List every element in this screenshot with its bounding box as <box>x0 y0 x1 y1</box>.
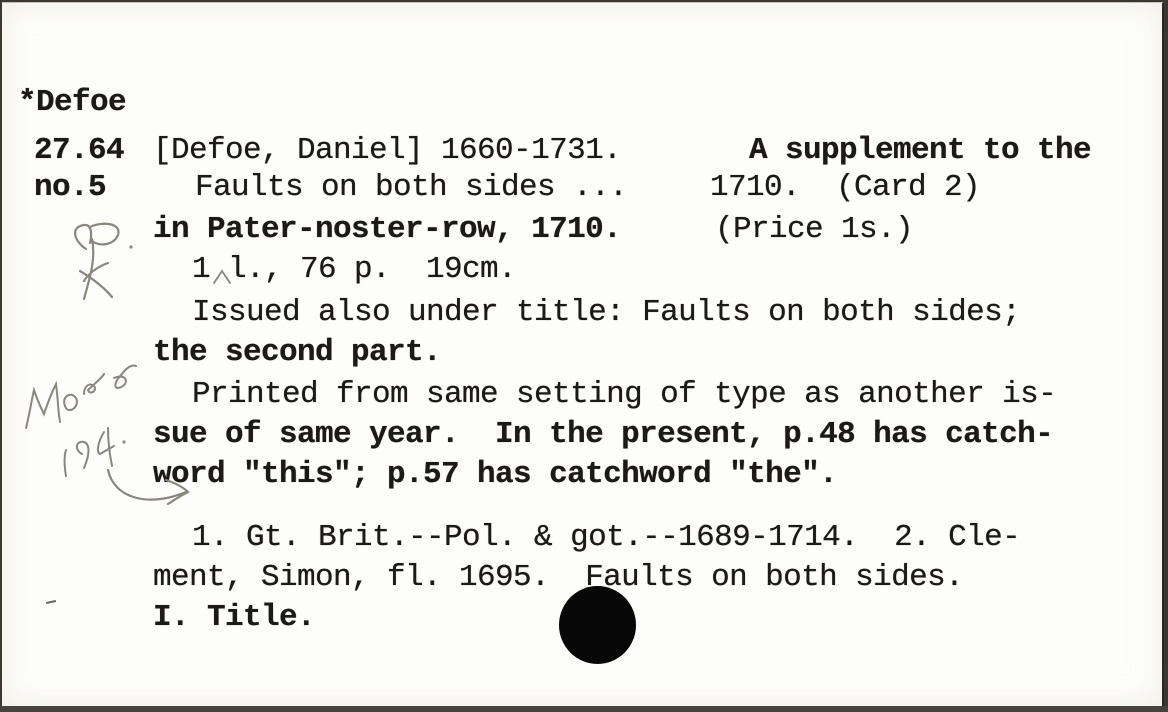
note-printed-line-3: word "this"; p.57 has catchword "the". <box>153 455 837 495</box>
call-number-line-2: no.5 <box>34 168 106 208</box>
stray-pencil-mark <box>46 600 56 604</box>
title-part-2: Faults on both sides ... <box>195 168 627 208</box>
date-and-card-number: 1710. (Card 2) <box>710 168 980 208</box>
imprint: in Pater-noster-row, 1710. <box>153 210 621 250</box>
main-entry-heading: *Defoe <box>18 83 126 123</box>
note-printed-line-1: Printed from same setting of type as ano… <box>192 375 1056 415</box>
tracings-line-3: I. Title. <box>153 598 315 638</box>
price: (Price 1s.) <box>715 210 913 250</box>
title-part-1: A supplement to the <box>749 131 1091 171</box>
catalog-card: *Defoe 27.64 no.5 [Defoe, Daniel] 1660-1… <box>2 2 1164 706</box>
call-number-line-1: 27.64 <box>34 131 124 171</box>
punch-hole <box>559 586 636 664</box>
pencil-initial-mark-icon <box>62 219 142 309</box>
collation: 1 l., 76 p. 19cm. <box>192 250 516 290</box>
punch-hole-edge <box>584 587 596 593</box>
tracings-line-1: 1. Gt. Brit.--Pol. & got.--1689-1714. 2.… <box>192 518 1020 558</box>
tracings-line-2: ment, Simon, fl. 1695. Faults on both si… <box>153 558 963 598</box>
author-entry: [Defoe, Daniel] 1660-1731. <box>153 131 621 171</box>
scan-bottom-edge <box>0 706 1168 712</box>
note-issued-also-line-1: Issued also under title: Faults on both … <box>192 293 1020 333</box>
note-printed-line-2: sue of same year. In the present, p.48 h… <box>153 415 1053 455</box>
note-issued-also-line-2: the second part. <box>153 333 441 373</box>
